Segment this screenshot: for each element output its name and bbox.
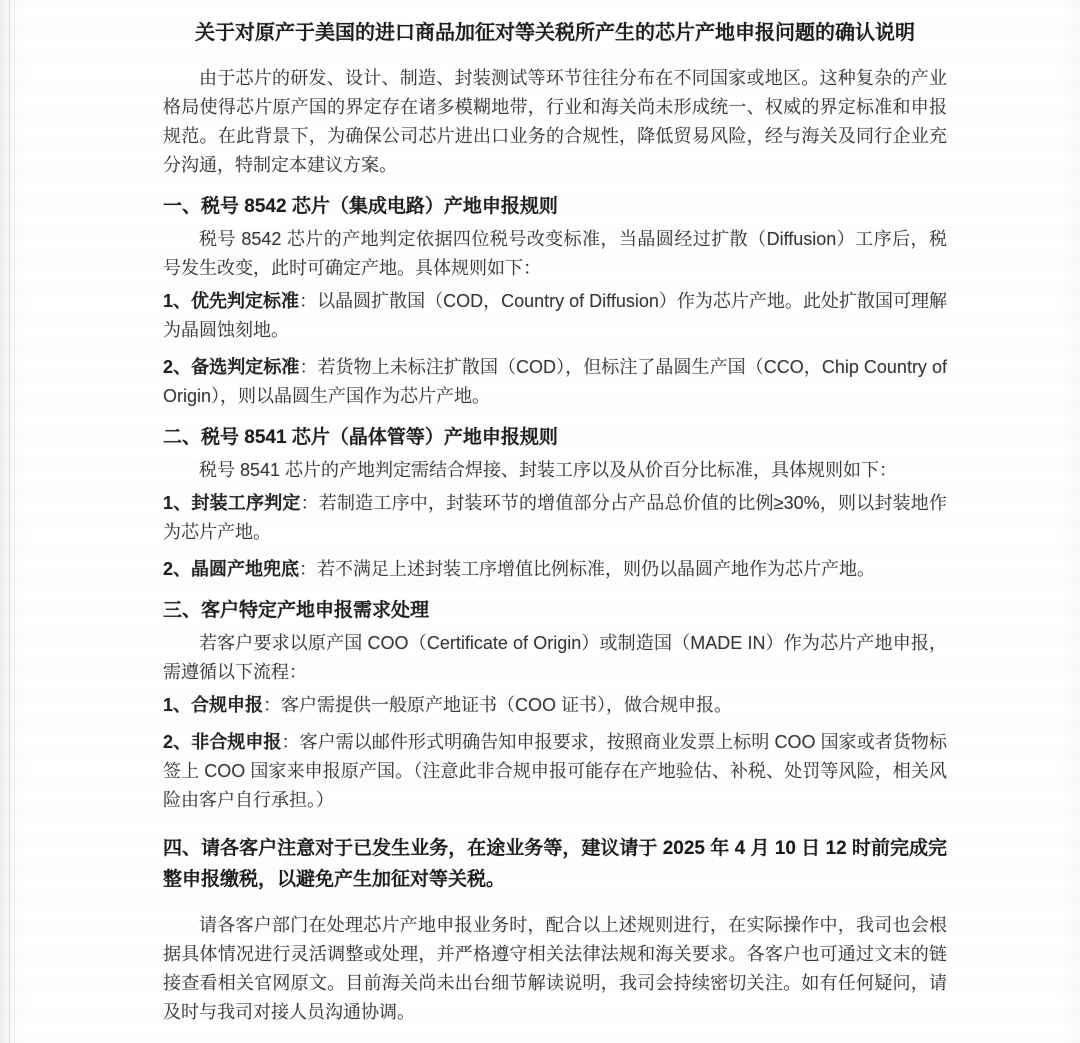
section-2-heading: 二、税号 8541 芯片（晶体管等）产地申报规则 [163, 425, 947, 451]
section-2-item-1: 1、封装工序判定：若制造工序中，封装环节的增值部分占产品总价值的比例≥30%，则… [163, 489, 947, 547]
section-3-item-2-label: 2、非合规申报 [163, 732, 282, 752]
section-1-heading: 一、税号 8542 芯片（集成电路）产地申报规则 [163, 194, 947, 220]
document-title: 关于对原产于美国的进口商品加征对等关税所产生的芯片产地申报问题的确认说明 [163, 18, 947, 48]
section-3-heading: 三、客户特定产地申报需求处理 [163, 598, 947, 624]
section-1-item-1-label: 1、优先判定标准 [163, 291, 299, 311]
section-3-item-1-text: ：客户需提供一般原产地证书（COO 证书），做合规申报。 [263, 695, 732, 715]
section-3-intro: 若客户要求以原产国 COO（Certificate of Origin）或制造国… [163, 629, 947, 687]
section-3-item-1: 1、合规申报：客户需提供一般原产地证书（COO 证书），做合规申报。 [163, 691, 947, 720]
section-1-intro: 税号 8542 芯片的产地判定依据四位税号改变标准，当晶圆经过扩散（Diffus… [163, 225, 947, 283]
section-1-item-1: 1、优先判定标准：以晶圆扩散国（COD，Country of Diffusion… [163, 287, 947, 345]
section-2-item-1-label: 1、封装工序判定 [163, 493, 301, 513]
section-2-item-2: 2、晶圆产地兜底：若不满足上述封装工序增值比例标准，则仍以晶圆产地作为芯片产地。 [163, 555, 947, 584]
section-3-item-1-label: 1、合规申报 [163, 695, 263, 715]
closing-paragraph: 请各客户部门在处理芯片产地申报业务时，配合以上述规则进行，在实际操作中，我司也会… [163, 911, 947, 1027]
section-2-intro: 税号 8541 芯片的产地判定需结合焊接、封装工序以及从价百分比标准，具体规则如… [163, 456, 947, 485]
section-2-item-2-label: 2、晶圆产地兜底 [163, 559, 299, 579]
deadline-notice: 四、请各客户注意对于已发生业务，在途业务等，建议请于 2025 年 4 月 10… [163, 833, 947, 895]
document-page: 关于对原产于美国的进口商品加征对等关税所产生的芯片产地申报问题的确认说明 由于芯… [0, 0, 1080, 1043]
section-3-item-2-text: ：客户需以邮件形式明确告知申报要求，按照商业发票上标明 COO 国家或者货物标签… [163, 732, 947, 810]
section-8542-rules: 一、税号 8542 芯片（集成电路）产地申报规则 税号 8542 芯片的产地判定… [163, 194, 947, 411]
section-2-item-2-text: ：若不满足上述封装工序增值比例标准，则仍以晶圆产地作为芯片产地。 [299, 559, 875, 579]
section-customer-requests: 三、客户特定产地申报需求处理 若客户要求以原产国 COO（Certificate… [163, 598, 947, 815]
section-3-item-2: 2、非合规申报：客户需以邮件形式明确告知申报要求，按照商业发票上标明 COO 国… [163, 728, 947, 815]
section-8541-rules: 二、税号 8541 芯片（晶体管等）产地申报规则 税号 8541 芯片的产地判定… [163, 425, 947, 584]
section-1-item-2-label: 2、备选判定标准 [163, 357, 299, 377]
intro-paragraph: 由于芯片的研发、设计、制造、封装测试等环节往往分布在不同国家或地区。这种复杂的产… [163, 64, 947, 180]
section-1-item-2: 2、备选判定标准：若货物上未标注扩散国（COD），但标注了晶圆生产国（CCO，C… [163, 353, 947, 411]
